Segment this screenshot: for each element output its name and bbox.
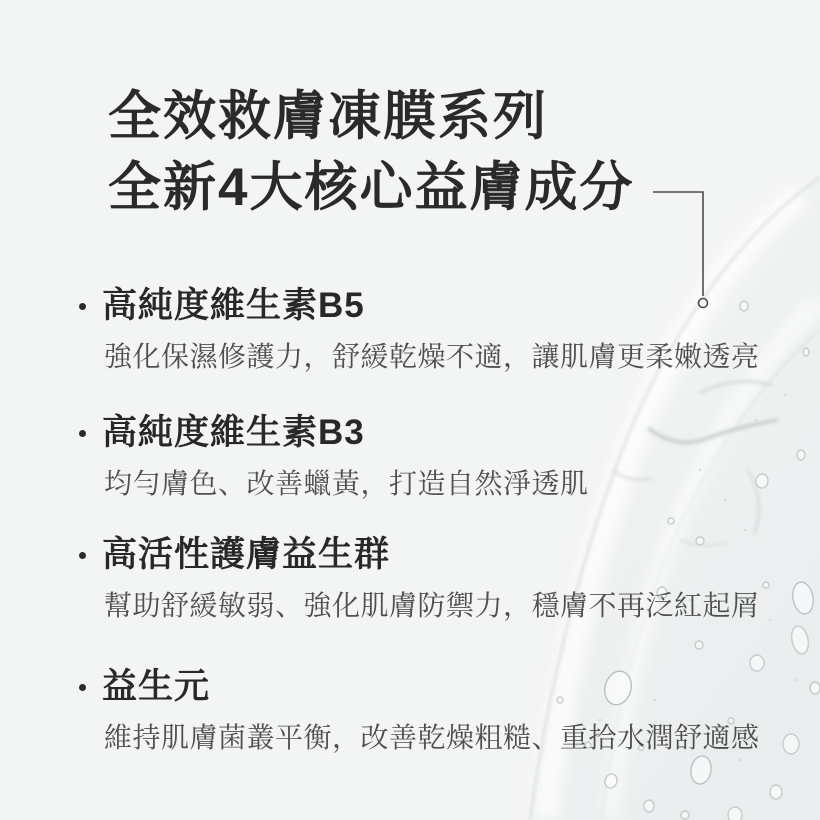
- page-title-line1: 全效救膚凍膜系列: [108, 81, 634, 152]
- feature-description: 幫助舒緩敏弱、強化肌膚防禦力，穩膚不再泛紅起屑: [104, 589, 760, 623]
- feature-item-prebiotics: 益生元 維持肌膚菌叢平衡，改善乾燥粗糙、重拾水潤舒適感: [79, 665, 760, 755]
- feature-heading: 益生元: [102, 665, 210, 709]
- feature-description: 維持肌膚菌叢平衡，改善乾燥粗糙、重拾水潤舒適感: [104, 721, 760, 755]
- feature-item-vitamin-b3: 高純度維生素B3 均勻膚色、改善蠟黃，打造自然淨透肌: [79, 411, 589, 501]
- promo-slide: 全效救膚凍膜系列 全新4大核心益膚成分 高純度維生素B5 強化保濕修護力，舒緩乾…: [0, 0, 820, 820]
- feature-item-probiotics: 高活性護膚益生群 幫助舒緩敏弱、強化肌膚防禦力，穩膚不再泛紅起屑: [79, 533, 760, 623]
- bullet-dot-icon: [79, 303, 86, 310]
- bullet-dot-icon: [79, 430, 86, 437]
- feature-description: 強化保濕修護力，舒緩乾燥不適，讓肌膚更柔嫩透亮: [104, 340, 760, 374]
- bullet-dot-icon: [79, 684, 86, 691]
- feature-heading: 高活性護膚益生群: [102, 533, 390, 577]
- bullet-dot-icon: [79, 552, 86, 559]
- feature-item-vitamin-b5: 高純度維生素B5 強化保濕修護力，舒緩乾燥不適，讓肌膚更柔嫩透亮: [79, 284, 760, 374]
- feature-heading: 高純度維生素B3: [102, 411, 365, 455]
- page-title-line2: 全新4大核心益膚成分: [108, 152, 634, 223]
- feature-heading: 高純度維生素B5: [102, 284, 365, 328]
- page-title: 全效救膚凍膜系列 全新4大核心益膚成分: [108, 81, 634, 223]
- feature-description: 均勻膚色、改善蠟黃，打造自然淨透肌: [104, 467, 589, 501]
